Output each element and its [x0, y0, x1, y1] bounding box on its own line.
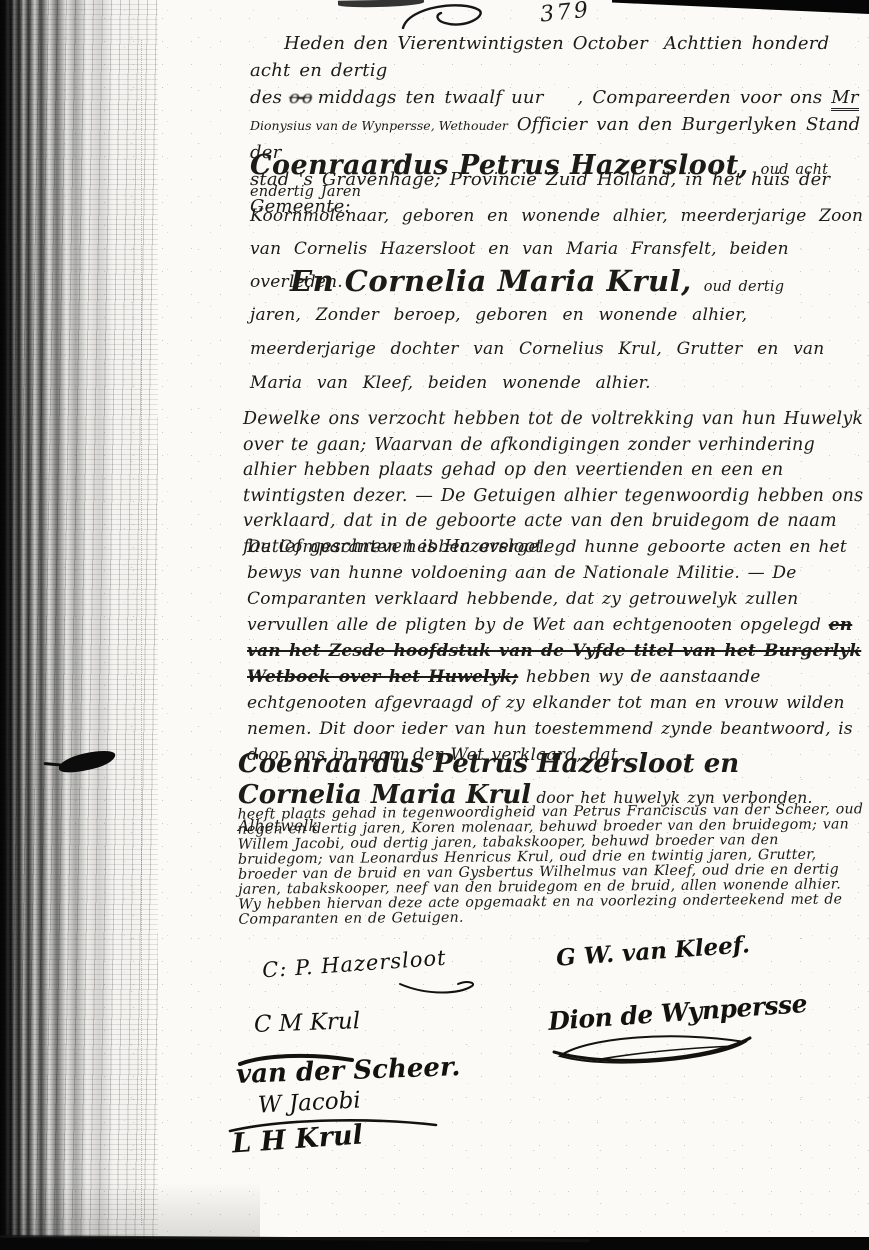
- signature-jacobi: W Jacobi: [257, 1087, 361, 1118]
- signature-officiant: Dion de Wynpersse: [547, 989, 808, 1036]
- groom-name-line: Coenraardus Petrus Hazersloot,oud acht e…: [250, 150, 866, 200]
- contract-paragraph: De Comparanten hebben overgelegd hunne g…: [247, 534, 865, 768]
- document-page: 379 Heden den Vierentwintigsten OctoberA…: [0, 0, 869, 1250]
- groom-name: Coenraardus Petrus Hazersloot,: [250, 150, 749, 181]
- page-crease: [141, 40, 142, 1225]
- signature-vanderscheer: van der Scheer.: [236, 1052, 461, 1090]
- signature-groom: C: P. Hazersloot: [261, 946, 447, 983]
- top-ink-smudge: [338, 0, 424, 8]
- bride-name-line: En Cornelia Maria Krul,oud dertig: [250, 264, 866, 298]
- bride-section: En Cornelia Maria Krul,oud dertig jaren,…: [250, 264, 866, 400]
- signature-lhkrul: L H Krul: [231, 1119, 364, 1159]
- witnesses-paragraph: heeft plaats gehad in tegenwoordigheid v…: [237, 802, 864, 927]
- opening-compareerden: , Compareerden voor ons: [578, 87, 823, 108]
- officiant-name: Dionysius van de Wynpersse, Wethouder: [250, 118, 508, 133]
- bride-name: En Cornelia Maria Krul,: [290, 264, 692, 298]
- binding-gutter: [0, 0, 158, 1250]
- opening-line-1: Heden den Vierentwintigsten OctoberAchtt…: [250, 30, 866, 84]
- officiant-title-abbr: Mr: [831, 87, 858, 111]
- signature-bride: C M Krul: [254, 1008, 361, 1038]
- bride-details: jaren, Zonder beroep, geboren en wonende…: [250, 298, 866, 400]
- bottom-scan-edge: [0, 1237, 869, 1250]
- signature-vankleef: G W. van Kleef.: [555, 931, 750, 971]
- contract-text-1: De Comparanten hebben overgelegd hunne g…: [247, 537, 847, 635]
- top-scan-edge: [612, 0, 869, 14]
- opening-time-prefix: des: [250, 87, 282, 108]
- crossed-out-word: o-o: [289, 87, 311, 108]
- signature-flourish-groom: [398, 978, 478, 1000]
- bride-age: oud dertig: [704, 279, 785, 295]
- opening-line-2: deso-omiddags ten twaalf uur, Compareerd…: [250, 84, 866, 111]
- bottom-scan-shade: [0, 1182, 260, 1237]
- opening-date-filled: Heden den Vierentwintigsten October: [284, 33, 648, 54]
- opening-time: middags ten twaalf uur: [318, 87, 544, 108]
- page-number: 379: [539, 0, 592, 28]
